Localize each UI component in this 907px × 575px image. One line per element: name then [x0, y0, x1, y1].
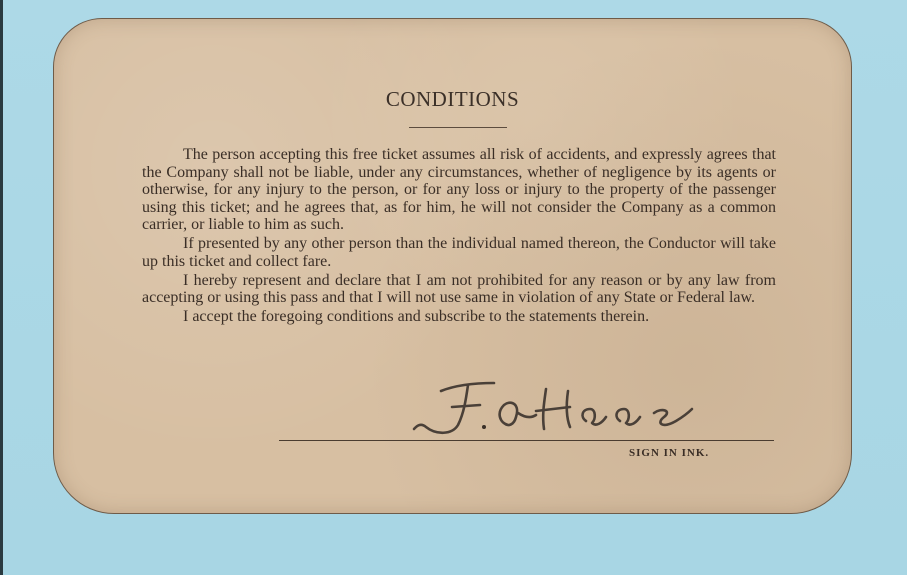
conditions-text: The person accepting this free ticket as… — [142, 146, 776, 327]
sign-in-ink-label: SIGN IN INK. — [629, 447, 709, 459]
mat-edge — [0, 0, 3, 575]
pass-ticket-card: CONDITIONS The person accepting this fre… — [54, 19, 851, 513]
signature-line — [279, 440, 774, 441]
title-divider — [409, 127, 507, 128]
paragraph-liability: The person accepting this free ticket as… — [142, 146, 776, 234]
paragraph-conductor: If presented by any other person than th… — [142, 235, 776, 270]
handwritten-signature — [396, 377, 696, 439]
paragraph-declaration: I hereby represent and declare that I am… — [142, 272, 776, 307]
paragraph-acceptance: I accept the foregoing conditions and su… — [142, 308, 776, 326]
document-title: CONDITIONS — [54, 87, 851, 112]
